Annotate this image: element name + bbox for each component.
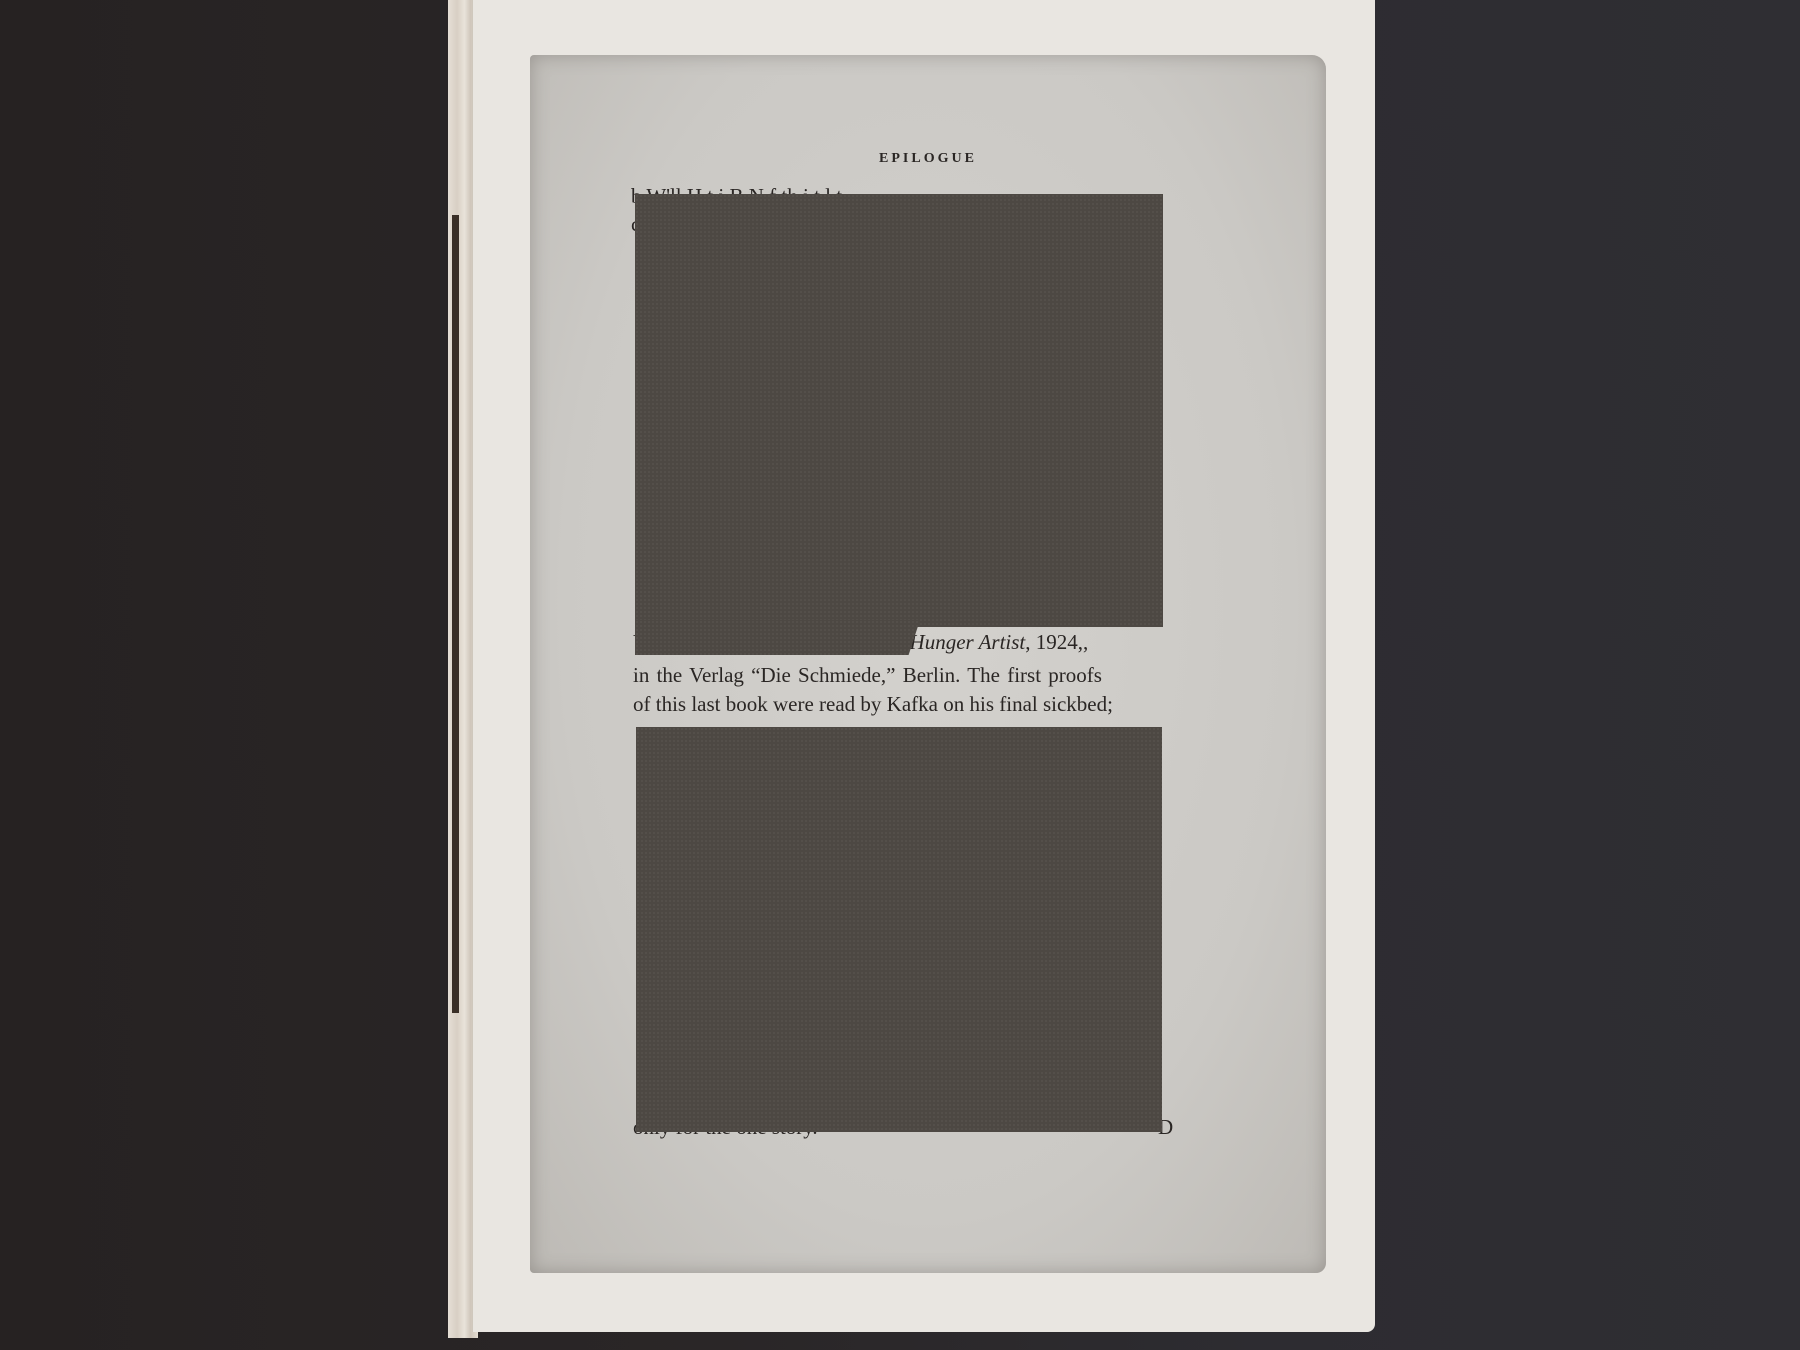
running-head: EPILOGUE (530, 151, 1326, 167)
page-stack-dark-stripe (452, 215, 459, 1013)
upper-redaction-notch (635, 620, 920, 655)
lower-redaction-block (636, 727, 1162, 1132)
text-line-2: in the Verlag “Die Schmiede,” Berlin. Th… (633, 663, 1102, 688)
book-page: EPILOGUE b W'll H t i B N f th i t l t c… (473, 0, 1375, 1332)
upper-redaction-block (635, 194, 1163, 627)
text-line-3: of this last book were read by Kafka on … (633, 692, 1113, 717)
